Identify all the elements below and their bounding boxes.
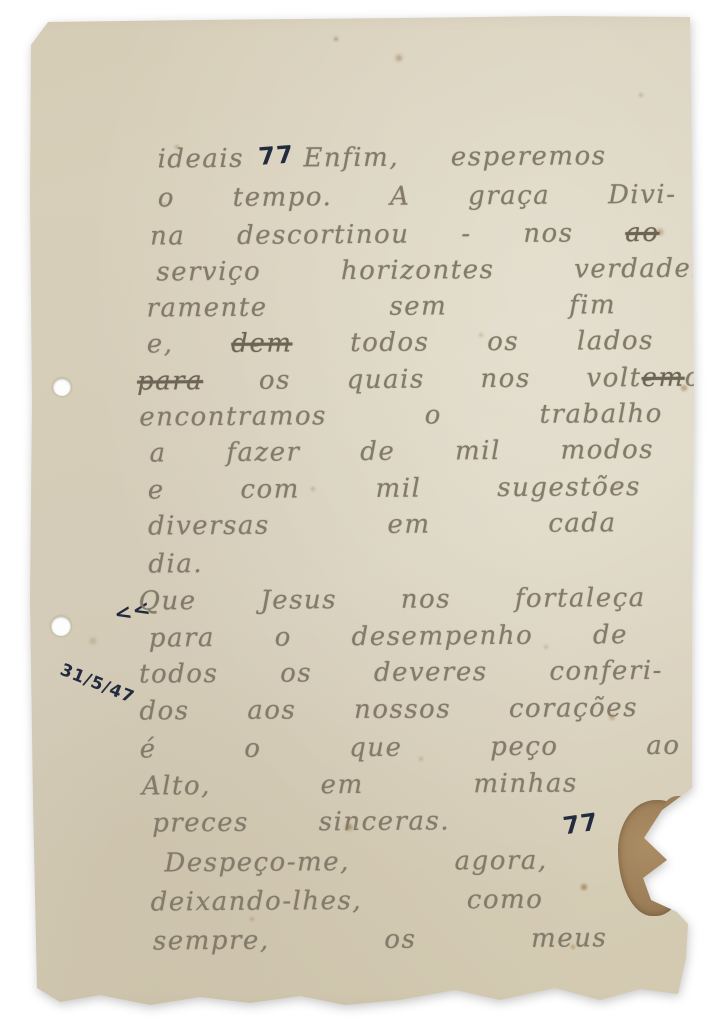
line-text: os, bbox=[685, 362, 723, 392]
photograph-background: << 31/5/47 77 ideais77Enfim, esperemos o… bbox=[0, 0, 723, 1024]
struck-word: dem bbox=[231, 328, 292, 358]
manuscript-line: Despeço-me, agora, bbox=[164, 846, 547, 879]
manuscript-line: sempre, os meus bbox=[153, 923, 607, 956]
manuscript-line: e, dem todos os lados bbox=[147, 326, 654, 360]
paper-sheet: << 31/5/47 77 ideais77Enfim, esperemos o… bbox=[0, 0, 723, 1024]
line-text: e, bbox=[147, 329, 232, 360]
manuscript-line: ideais77Enfim, esperemos bbox=[157, 141, 606, 174]
manuscript-line: o tempo. A graça Divi- bbox=[158, 180, 677, 214]
struck-word: para bbox=[137, 366, 203, 396]
line-text: é o que peço ao bbox=[140, 731, 681, 765]
handwritten-text: ideais77Enfim, esperemos o tempo. A graç… bbox=[0, 0, 723, 1024]
manuscript-line: dos aos nossos corações bbox=[139, 693, 638, 726]
line-text: na descortinou - nos bbox=[150, 218, 625, 251]
manuscript-line: serviço horizontes verdadei- bbox=[156, 254, 711, 288]
struck-word: ao bbox=[625, 218, 659, 248]
line-text: deixando-lhes, como bbox=[151, 885, 544, 918]
line-text: serviço horizontes verdadei- bbox=[156, 254, 711, 288]
line-text: Alto, em minhas bbox=[142, 768, 578, 801]
manuscript-line: Que Jesus nos fortaleça bbox=[139, 583, 646, 617]
manuscript-line: para os quais nos voltemos, bbox=[137, 362, 723, 396]
struck-word: em bbox=[641, 363, 684, 393]
manuscript-line: Alto, em minhas bbox=[142, 768, 578, 801]
line-text: o tempo. A graça Divi- bbox=[158, 180, 677, 214]
line-text: a fazer de mil modos bbox=[149, 435, 654, 469]
manuscript-line: é o que peço ao bbox=[140, 731, 681, 765]
manuscript-line: preces sinceras. bbox=[152, 806, 450, 838]
line-text: ideais bbox=[157, 144, 244, 175]
manuscript-page: << 31/5/47 77 ideais77Enfim, esperemos o… bbox=[0, 0, 723, 1024]
ink-insert-mark: 77 bbox=[257, 140, 294, 171]
foxing-spots bbox=[0, 0, 2, 2]
line-text: dos aos nossos corações bbox=[139, 693, 638, 726]
manuscript-line: encontramos o trabalho bbox=[139, 399, 663, 433]
line-text: Despeço-me, agora, bbox=[164, 846, 547, 879]
line-text: para o desempenho de bbox=[149, 620, 628, 653]
line-text: Que Jesus nos fortaleça bbox=[139, 583, 646, 617]
manuscript-line: deixando-lhes, como bbox=[151, 885, 544, 918]
line-text: sempre, os meus bbox=[153, 923, 607, 956]
manuscript-line: dia. bbox=[148, 549, 203, 579]
manuscript-line: na descortinou - nos ao bbox=[150, 218, 660, 252]
manuscript-line: e com mil sugestões bbox=[148, 472, 641, 505]
manuscript-line: ramente sem fim bbox=[146, 290, 616, 323]
manuscript-line: para o desempenho de bbox=[149, 620, 628, 653]
line-text: Enfim, esperemos bbox=[303, 141, 606, 173]
line-text: diversas em cada bbox=[148, 508, 617, 541]
manuscript-line: diversas em cada bbox=[148, 508, 617, 541]
line-text: dia. bbox=[148, 549, 203, 579]
line-text: encontramos o trabalho bbox=[139, 399, 663, 433]
line-text: todos os deveres conferi- bbox=[139, 656, 663, 690]
manuscript-line: a fazer de mil modos bbox=[149, 435, 654, 469]
line-text: os quais nos volt bbox=[203, 363, 642, 396]
line-text: todos os lados bbox=[292, 326, 654, 359]
line-text: e com mil sugestões bbox=[148, 472, 641, 505]
line-text: preces sinceras. bbox=[152, 806, 450, 838]
manuscript-line: todos os deveres conferi- bbox=[139, 656, 663, 690]
line-text: ramente sem fim bbox=[146, 290, 616, 323]
